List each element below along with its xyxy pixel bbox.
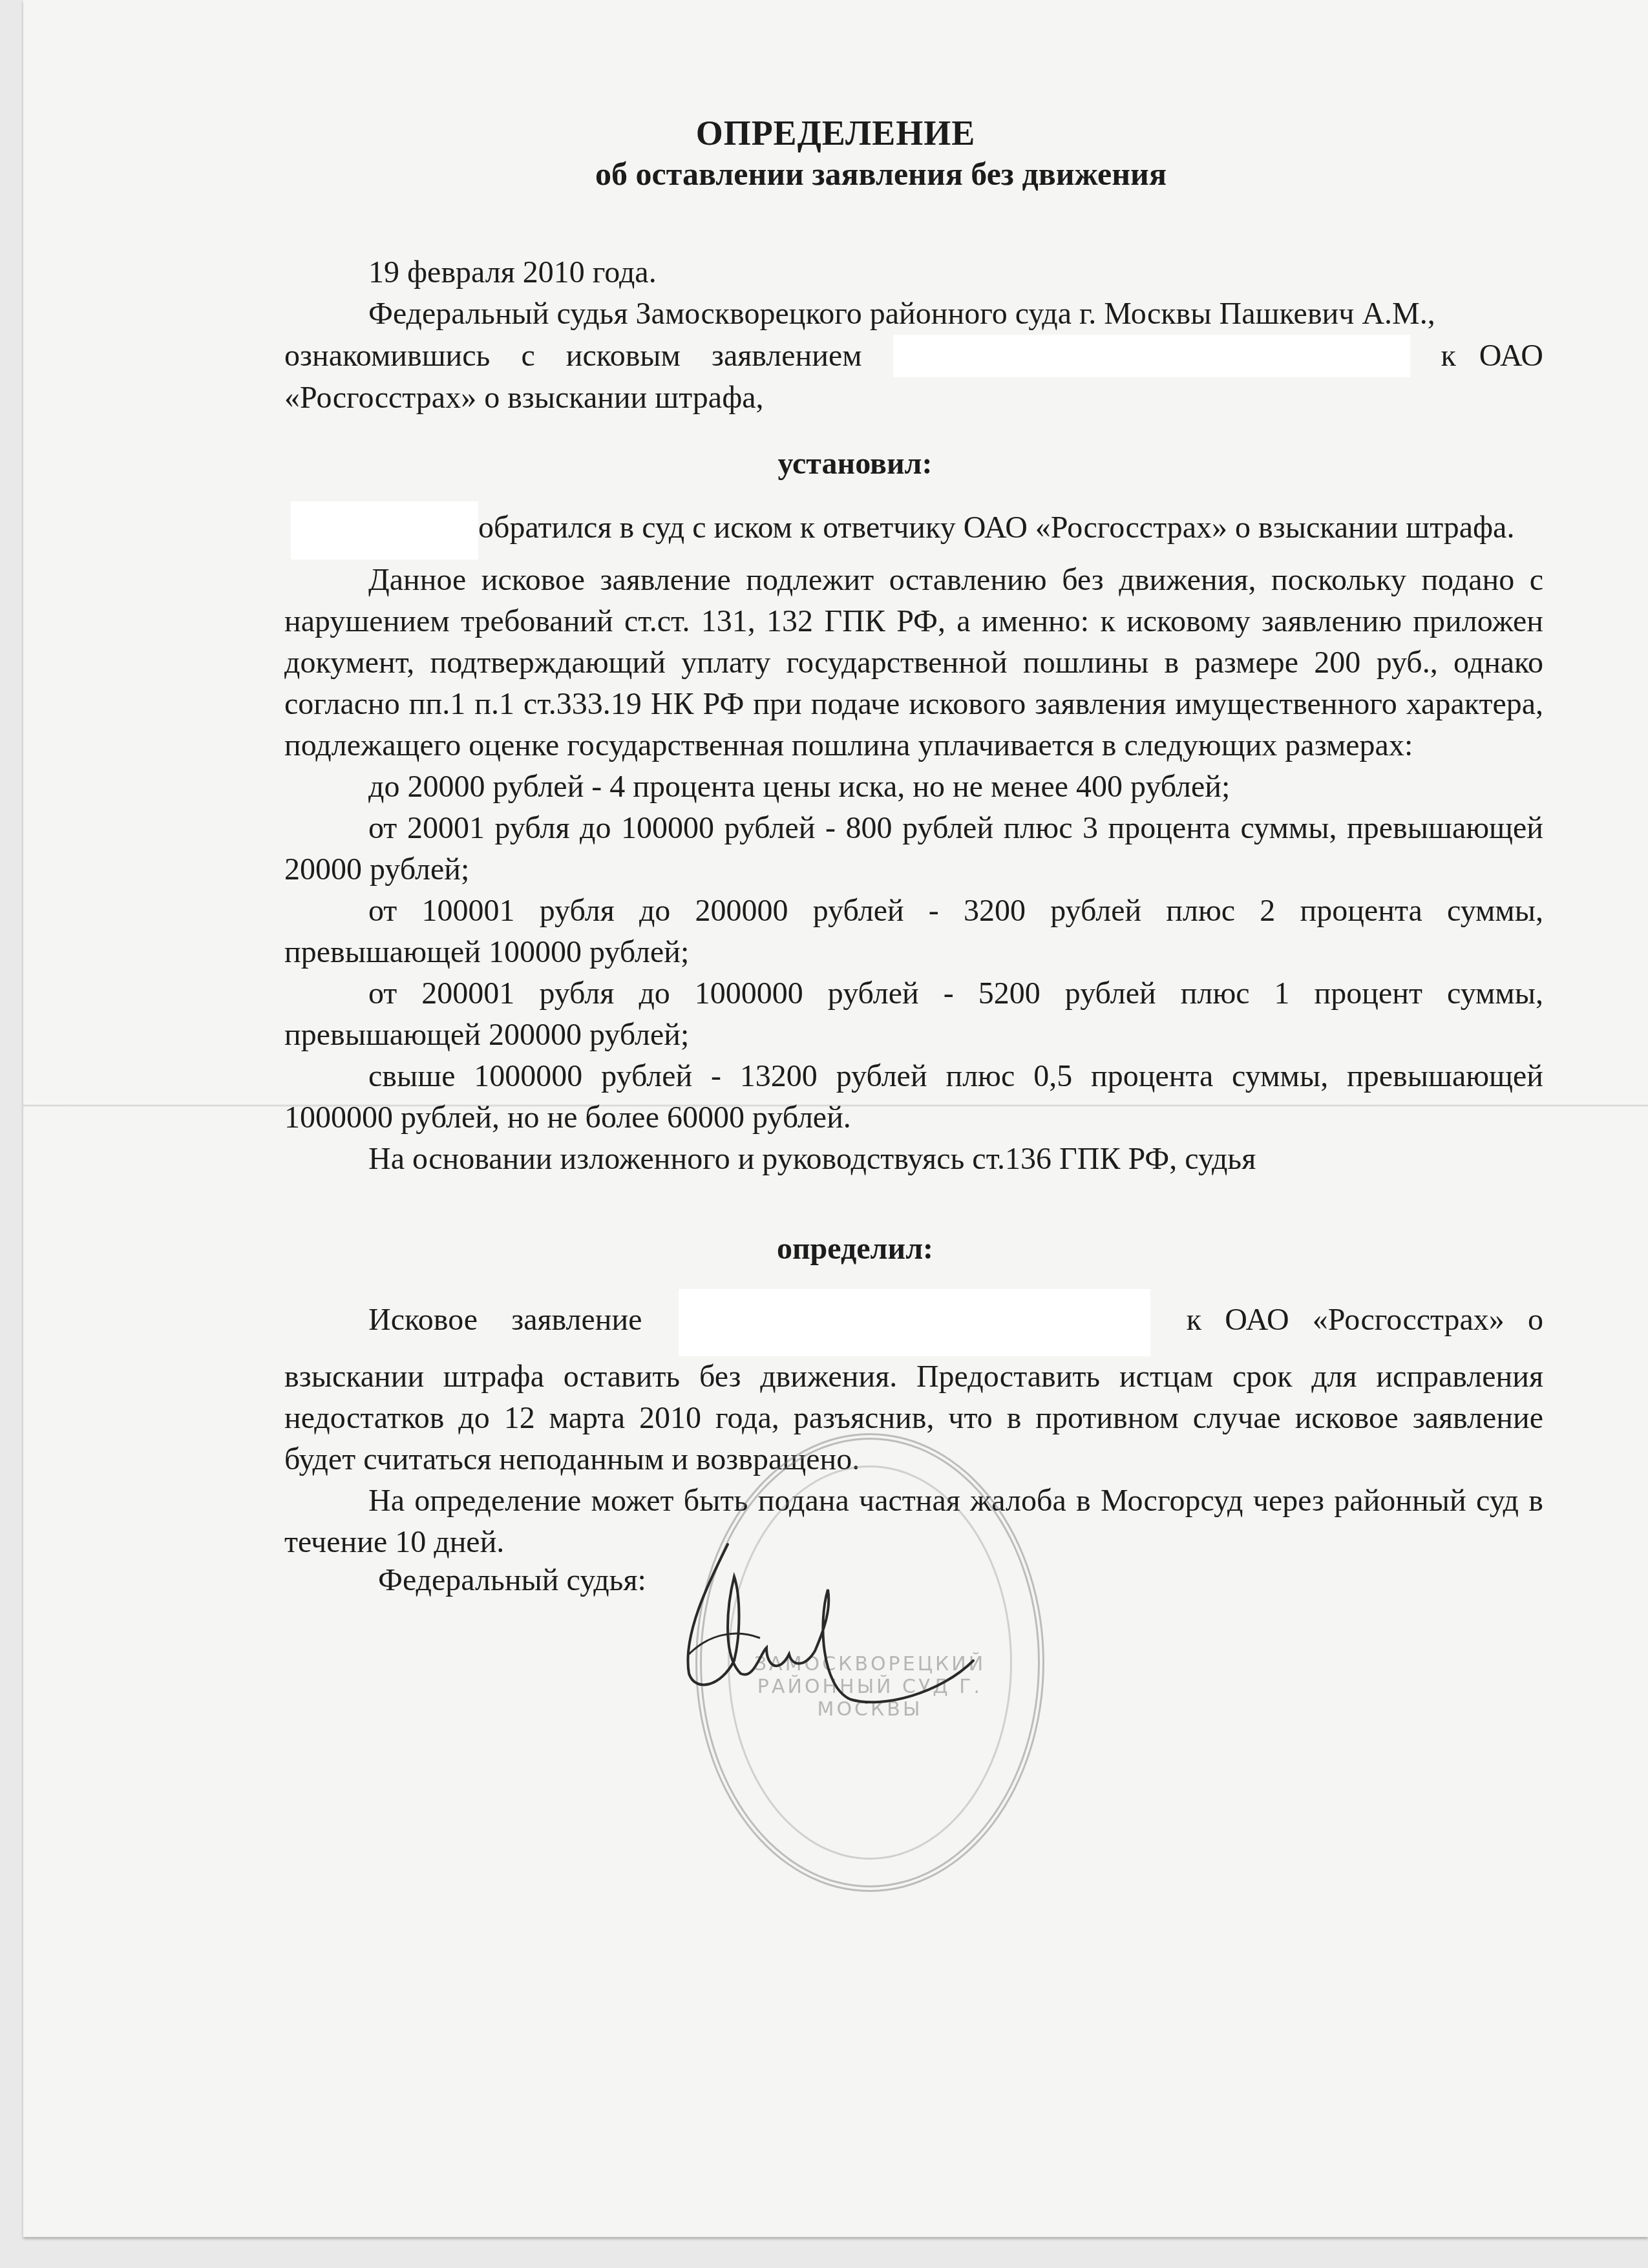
section-heading-ruled: определил:: [23, 1231, 1648, 1266]
intro-line-2-end: к ОАО: [1441, 335, 1543, 377]
established-block: обратился в суд с иском к ответчику ОАО …: [284, 501, 1543, 1180]
intro-line-2: ознакомившись с исковым заявлением к ОАО: [284, 335, 1543, 377]
rate-item: от 100001 рубля до 200000 рублей - 3200 …: [284, 890, 1543, 973]
established-paragraph-2: Данное исковое заявление подлежит оставл…: [284, 560, 1543, 766]
rate-item: свыше 1000000 рублей - 13200 рублей плюс…: [284, 1056, 1543, 1139]
intro-line-1: Федеральный судья Замоскворецкого районн…: [284, 293, 1543, 335]
document-title: ОПРЕДЕЛЕНИЕ: [23, 113, 1648, 153]
established-paragraph-1: обратился в суд с иском к ответчику ОАО …: [284, 501, 1543, 560]
rate-item: до 20000 рублей - 4 процента цены иска, …: [284, 766, 1543, 808]
intro-line-2-start: ознакомившись с исковым заявлением: [284, 335, 862, 377]
document-page: ОПРЕДЕЛЕНИЕ об оставлении заявления без …: [23, 0, 1648, 2237]
redacted-plaintiff-name: [679, 1289, 1150, 1356]
basis-paragraph: На основании изложенного и руководствуяс…: [284, 1139, 1543, 1180]
rate-item: от 20001 рубля до 100000 рублей - 800 ру…: [284, 808, 1543, 890]
document-subtitle: об оставлении заявления без движения: [23, 155, 1648, 193]
ruled-paragraph-1-start: Исковое заявление: [368, 1303, 642, 1337]
section-heading-established: установил:: [23, 446, 1648, 481]
judge-signature-icon: [670, 1525, 1031, 1719]
rate-item: от 200001 рубля до 1000000 рублей - 5200…: [284, 973, 1543, 1056]
redacted-plaintiff-name: [291, 501, 478, 560]
date-line: 19 февраля 2010 года.: [284, 252, 1543, 293]
signature-label: Федеральный судья:: [378, 1562, 646, 1598]
redacted-plaintiff-name: [893, 335, 1410, 377]
established-paragraph-1-text: обратился в суд с иском к ответчику ОАО …: [478, 510, 1514, 545]
intro-line-3: «Росгосстрах» о взыскании штрафа,: [284, 377, 1543, 419]
intro-block: 19 февраля 2010 года. Федеральный судья …: [284, 252, 1543, 419]
